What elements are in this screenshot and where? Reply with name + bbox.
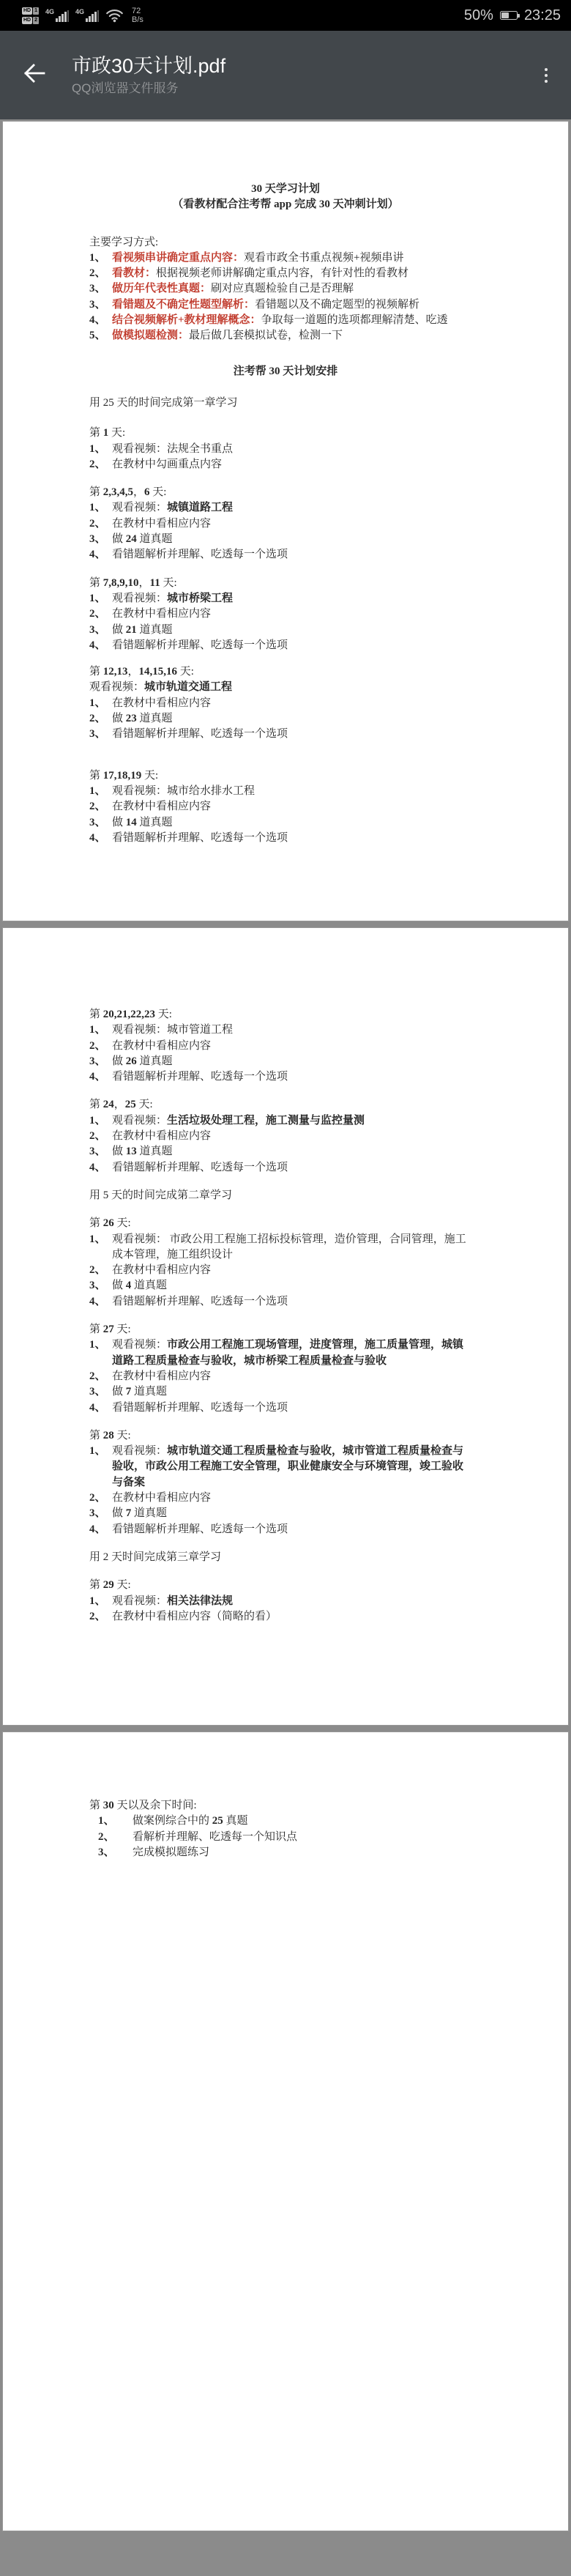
text-segment: ，: [128, 666, 139, 678]
text-segment: 看错题解析并理解、吃透每一个选项: [112, 549, 288, 560]
list-item: 2、在教材中看相应内容: [3, 799, 568, 814]
text-segment: 看解析并理解、吃透每一个知识点: [133, 1831, 297, 1843]
list-item: 1、观看视频： 市政公用工程施工招标投标管理，造价管理，合同管理，施工成本管理，…: [3, 1232, 568, 1263]
list-number: 2、: [89, 606, 112, 622]
text-segment: 道真题: [137, 817, 173, 828]
list-text: 做 26 道真题: [112, 1054, 473, 1069]
list-item: 4、看错题解析并理解、吃透每一个选项: [3, 547, 568, 563]
text-segment: 26: [103, 1217, 114, 1229]
spacer: [3, 1310, 568, 1322]
list-item: 1、观看视频：城市轨道交通工程质量检查与验收，城市管道工程质量检查与验收，市政公…: [3, 1444, 568, 1491]
text-segment: 天:: [114, 1217, 131, 1229]
text-segment: 天:: [141, 770, 158, 782]
list-number: 1、: [89, 442, 112, 457]
list-item: 2、在教材中勾画重点内容: [3, 457, 568, 472]
list-number: 4、: [89, 313, 112, 328]
text-segment: 做案例综合中的: [133, 1815, 212, 1827]
text-segment: 第: [89, 1324, 103, 1335]
text-segment: 最后做几套模拟试卷，检测一下: [189, 330, 343, 341]
list-text: 在教材中看相应内容: [112, 1491, 473, 1506]
doc-text-line: 第 27 天:: [3, 1322, 568, 1337]
text-segment: 看错题解析并理解、吃透每一个选项: [112, 1402, 288, 1414]
list-text: 观看视频：生活垃圾处理工程，施工测量与监控量测: [112, 1113, 473, 1129]
text-segment: 第: [89, 577, 103, 589]
text-segment: 第: [89, 666, 103, 678]
list-item: 3、做 4 道真题: [3, 1278, 568, 1293]
text-segment: 26: [126, 1055, 137, 1067]
list-text: 观看视频：城市桥梁工程: [112, 591, 473, 606]
text-segment: 做: [112, 1507, 126, 1519]
text-segment: 12,13: [103, 666, 128, 678]
text-segment: 28: [103, 1430, 114, 1441]
hd-badge-label: HD: [22, 7, 32, 15]
list-text: 看错题解析并理解、吃透每一个选项: [112, 1522, 473, 1537]
list-text: 在教材中看相应内容: [112, 1039, 473, 1054]
list-item: 1、观看视频：城市给水排水工程: [3, 784, 568, 799]
hd2-icon: HD 2: [22, 17, 39, 24]
signal-bars-icon: [86, 10, 99, 22]
list-number: 1、: [89, 1444, 112, 1491]
list-number: 2、: [89, 1129, 112, 1144]
list-text: 做 24 道真题: [112, 532, 473, 547]
text-segment: 做: [112, 1280, 126, 1291]
text-segment: 做: [112, 817, 126, 828]
text-segment: 天:: [108, 427, 125, 439]
header-titles: 市政30天计划.pdf QQ浏览器文件服务: [72, 54, 225, 97]
network-type-label: 4G: [75, 8, 84, 15]
list-number: 3、: [89, 297, 112, 313]
text-segment: 城市桥梁工程: [167, 593, 233, 604]
spacer: [3, 344, 568, 364]
text-segment: 在教材中看相应内容: [112, 608, 211, 620]
spacer: [3, 563, 568, 576]
pdf-pages[interactable]: 30 天学习计划（看教材配合注考帮 app 完成 30 天冲刺计划）主要学习方式…: [0, 119, 571, 2531]
list-number: 2、: [89, 516, 112, 532]
network-speed-indicator: 72 B/s: [132, 7, 143, 24]
text-segment: ，: [114, 1099, 125, 1110]
sim2-number: 2: [33, 17, 39, 24]
list-number: 1、: [89, 1113, 112, 1129]
list-number: 3、: [89, 1278, 112, 1293]
list-text: 在教材中看相应内容: [112, 516, 473, 532]
text-segment: 24: [103, 1099, 114, 1110]
list-item: 4、结合视频解析+教材理解概念：争取每一道题的选项都理解清楚、吃透: [3, 313, 568, 328]
list-text: 在教材中看相应内容: [112, 1263, 473, 1278]
text-segment: 观看视频：: [112, 1595, 167, 1607]
list-text: 完成模拟题练习: [133, 1845, 473, 1860]
text-segment: 观看视频：: [112, 1339, 167, 1351]
text-segment: 做: [112, 1055, 126, 1067]
list-item: 3、看错题及不确定性题型解析：看错题以及不确定题型的视频解析: [3, 297, 568, 313]
text-segment: 看教材：: [112, 267, 156, 279]
list-item: 4、看错题解析并理解、吃透每一个选项: [3, 1400, 568, 1416]
text-segment: 第: [89, 486, 103, 498]
list-number: 4、: [89, 831, 112, 846]
list-text: 看错题解析并理解、吃透每一个选项: [112, 1400, 473, 1416]
hd-badge-label: HD: [22, 17, 32, 24]
list-number: 2、: [89, 457, 112, 472]
text-segment: 30 天学习计划: [251, 183, 320, 195]
list-item: 1、看视频串讲确定重点内容：观看市政全书重点视频+视频串讲: [3, 250, 568, 266]
clock-label: 23:25: [524, 7, 561, 24]
list-text: 看错题解析并理解、吃透每一个选项: [112, 727, 473, 742]
text-segment: 道真题: [131, 1507, 167, 1519]
text-segment: 看视频串讲确定重点内容：: [112, 252, 244, 264]
list-text: 做模拟题检测：最后做几套模拟试卷，检测一下: [112, 328, 473, 344]
text-segment: 生活垃圾处理工程，施工测量与监控量测: [167, 1115, 365, 1126]
list-text: 做 4 道真题: [112, 1278, 473, 1293]
menu-dot-icon: [545, 74, 548, 77]
list-item: 3、做 13 道真题: [3, 1144, 568, 1159]
spacer: [3, 1085, 568, 1097]
list-text: 观看视频：相关法律法规: [112, 1594, 473, 1609]
doc-text-line: 第 2,3,4,5，6 天:: [3, 485, 568, 500]
text-segment: 在教材中看相应内容: [112, 697, 211, 709]
list-number: 2、: [89, 799, 112, 814]
text-segment: 在教材中看相应内容: [112, 1264, 211, 1276]
text-segment: 看错题解析并理解、吃透每一个选项: [112, 1296, 288, 1307]
list-item: 3、做 14 道真题: [3, 815, 568, 831]
list-number: 1、: [89, 784, 112, 799]
list-item: 3、做 24 道真题: [3, 532, 568, 547]
text-segment: 道真题: [137, 713, 173, 724]
list-item: 4、看错题解析并理解、吃透每一个选项: [3, 1522, 568, 1537]
list-number: 4、: [89, 1400, 112, 1416]
text-segment: 天:: [160, 577, 177, 589]
doc-text-line: 主要学习方式:: [3, 235, 568, 250]
pdf-page-3[interactable]: 第 30 天以及余下时间:1、做案例综合中的 25 真题2、看解析并理解、吃透每…: [2, 1731, 569, 2531]
list-text: 观看视频：城市给水排水工程: [112, 784, 473, 799]
text-segment: 6: [144, 486, 150, 498]
list-text: 做 13 道真题: [112, 1144, 473, 1159]
list-number: 1、: [89, 591, 112, 606]
text-segment: 观看视频：: [112, 1445, 167, 1457]
text-segment: 做: [112, 1146, 126, 1157]
doc-section-heading: 用 5 天的时间完成第二章学习: [3, 1188, 568, 1203]
list-item: 1、观看视频：城市桥梁工程: [3, 591, 568, 606]
list-text: 观看视频： 市政公用工程施工招标投标管理，造价管理，合同管理，施工成本管理，施工…: [112, 1232, 473, 1263]
list-item: 3、看错题解析并理解、吃透每一个选项: [3, 727, 568, 742]
spacer: [3, 1203, 568, 1216]
list-item: 1、在教材中看相应内容: [3, 696, 568, 711]
list-item: 2、在教材中看相应内容: [3, 1129, 568, 1144]
list-item: 2、在教材中看相应内容: [3, 516, 568, 532]
text-segment: 17,18,19: [103, 770, 142, 782]
list-item: 2、在教材中看相应内容: [3, 1369, 568, 1384]
list-item: 2、在教材中看相应内容: [3, 1491, 568, 1506]
list-item: 1、做案例综合中的 25 真题: [3, 1814, 568, 1829]
text-segment: 11: [150, 577, 160, 589]
text-segment: 23: [126, 713, 137, 724]
back-button[interactable]: [22, 64, 47, 86]
list-text: 看视频串讲确定重点内容：观看市政全书重点视频+视频串讲: [112, 250, 473, 266]
wifi-icon: [105, 8, 124, 23]
doc-centered-heading: 注考帮 30 天计划安排: [3, 364, 568, 379]
pdf-page-1[interactable]: 30 天学习计划（看教材配合注考帮 app 完成 30 天冲刺计划）主要学习方式…: [2, 121, 569, 921]
text-segment: 第: [89, 1430, 103, 1441]
spacer: [3, 1416, 568, 1428]
list-number: 1、: [89, 1594, 112, 1609]
text-segment: 13: [126, 1146, 137, 1157]
list-number: 4、: [89, 1160, 112, 1176]
text-segment: 14: [126, 817, 137, 828]
doc-text-line: 第 29 天:: [3, 1578, 568, 1593]
overflow-menu-button[interactable]: [540, 64, 552, 87]
list-item: 3、做 21 道真题: [3, 623, 568, 638]
text-segment: 在教材中勾画重点内容: [112, 459, 222, 470]
text-segment: 第: [89, 1217, 103, 1229]
list-number: 2、: [98, 1830, 133, 1845]
list-item: 5、做模拟题检测：最后做几套模拟试卷，检测一下: [3, 328, 568, 344]
text-segment: （看教材配合注考帮 app 完成 30 天冲刺计划）: [172, 198, 398, 210]
text-segment: 第: [89, 1579, 103, 1591]
signal-strength-icon-sim2: 4G: [75, 8, 99, 23]
doc-section-heading: 用 25 天的时间完成第一章学习: [3, 396, 568, 411]
spacer: [3, 1537, 568, 1550]
list-text: 在教材中看相应内容: [112, 1129, 473, 1144]
list-text: 做 7 道真题: [112, 1384, 473, 1400]
list-text: 做 14 道真题: [112, 815, 473, 831]
list-number: 2、: [89, 1491, 112, 1506]
list-item: 2、在教材中看相应内容: [3, 1039, 568, 1054]
text-segment: 观看视频：: [112, 502, 167, 513]
list-text: 做案例综合中的 25 真题: [133, 1814, 473, 1829]
list-number: 2、: [89, 1369, 112, 1384]
list-item: 1、观看视频：生活垃圾处理工程，施工测量与监控量测: [3, 1113, 568, 1129]
text-segment: ，: [133, 486, 144, 498]
text-segment: 做: [112, 1386, 126, 1398]
list-text: 看错题解析并理解、吃透每一个选项: [112, 1160, 473, 1176]
text-segment: 天:: [114, 1430, 131, 1441]
list-item: 3、完成模拟题练习: [3, 1845, 568, 1860]
list-number: 2、: [89, 266, 112, 281]
spacer: [3, 379, 568, 396]
text-segment: 城市轨道交通工程: [144, 681, 232, 693]
list-number: 3、: [89, 623, 112, 638]
text-segment: 天:: [136, 1099, 153, 1110]
status-right-cluster: 50% 23:25: [464, 7, 561, 24]
text-segment: 用 25 天的时间完成第一章学习: [89, 397, 238, 409]
text-segment: 做模拟题检测：: [112, 330, 189, 341]
doc-text-line: 第 17,18,19 天:: [3, 768, 568, 784]
text-segment: 24: [126, 533, 137, 545]
list-text: 观看视频：城镇道路工程: [112, 500, 473, 516]
list-text: 观看视频：城市轨道交通工程质量检查与验收，城市管道工程质量检查与验收，市政公用工…: [112, 1444, 473, 1491]
text-segment: ，: [139, 577, 150, 589]
text-segment: 做: [112, 624, 126, 636]
status-bar: HD 1 HD 2 4G 4G 72 B/s: [0, 0, 571, 31]
text-segment: 争取每一道题的选项都理解清楚、吃透: [261, 314, 448, 326]
text-segment: 看错题解析并理解、吃透每一个选项: [112, 1523, 288, 1535]
text-segment: 30: [103, 1800, 114, 1811]
list-item: 2、在教材中看相应内容: [3, 1263, 568, 1278]
text-segment: 在教材中看相应内容: [112, 801, 211, 812]
doc-text-line: 第 30 天以及余下时间:: [3, 1798, 568, 1814]
text-segment: 观看市政全书重点视频+视频串讲: [244, 252, 403, 264]
list-number: 1、: [89, 250, 112, 266]
text-segment: 注考帮 30 天计划安排: [234, 365, 338, 377]
list-item: 1、观看视频：法规全书重点: [3, 442, 568, 457]
text-segment: 完成模拟题练习: [133, 1846, 209, 1858]
doc-centered-heading: 30 天学习计划: [3, 182, 568, 197]
text-segment: 看错题以及不确定题型的视频解析: [255, 299, 419, 311]
status-left-cluster: HD 1 HD 2 4G 4G 72 B/s: [22, 7, 143, 24]
text-segment: 观看视频：: [112, 593, 167, 604]
text-segment: 在教材中看相应内容（简略的看）: [112, 1611, 277, 1622]
text-segment: 天:: [155, 1009, 172, 1020]
text-segment: 城镇道路工程: [167, 502, 233, 513]
list-text: 在教材中看相应内容: [112, 1369, 473, 1384]
text-segment: 结合视频解析+教材理解概念：: [112, 314, 261, 326]
text-segment: 第: [89, 427, 103, 439]
text-segment: 用 5 天的时间完成第二章学习: [89, 1189, 232, 1201]
menu-dot-icon: [545, 80, 548, 83]
file-source-subtitle: QQ浏览器文件服务: [72, 81, 225, 97]
spacer: [3, 213, 568, 235]
speed-value: 72: [132, 7, 143, 15]
list-number: 4、: [89, 638, 112, 653]
list-text: 观看视频：城市管道工程: [112, 1022, 473, 1038]
text-segment: 做: [112, 533, 126, 545]
signal-bars-icon: [56, 10, 69, 22]
text-segment: 道真题: [137, 624, 173, 636]
text-segment: 相关法律法规: [167, 1595, 233, 1607]
list-number: 2、: [89, 1609, 112, 1625]
list-item: 4、看错题解析并理解、吃透每一个选项: [3, 638, 568, 653]
text-segment: 看错题解析并理解、吃透每一个选项: [112, 1162, 288, 1173]
list-item: 4、看错题解析并理解、吃透每一个选项: [3, 831, 568, 846]
text-segment: 天以及余下时间:: [114, 1800, 197, 1811]
list-number: 3、: [89, 1054, 112, 1069]
list-text: 观看视频：市政公用工程施工现场管理，进度管理，施工质量管理，城镇道路工程质量检查…: [112, 1337, 473, 1369]
text-segment: 在教材中看相应内容: [112, 1040, 211, 1052]
list-number: 1、: [89, 1022, 112, 1038]
battery-percent-label: 50%: [464, 7, 493, 24]
list-item: 3、做 26 道真题: [3, 1054, 568, 1069]
speed-unit: B/s: [132, 15, 143, 24]
list-number: 4、: [89, 1522, 112, 1537]
app-header: 市政30天计划.pdf QQ浏览器文件服务: [0, 31, 571, 119]
list-item: 1、观看视频：城市管道工程: [3, 1022, 568, 1038]
list-text: 看教材：根据视频老师讲解确定重点内容，有针对性的看教材: [112, 266, 473, 281]
text-segment: 观看视频：: [89, 681, 144, 693]
spacer: [3, 1176, 568, 1188]
list-text: 结合视频解析+教材理解概念：争取每一道题的选项都理解清楚、吃透: [112, 313, 473, 328]
spacer: [3, 1565, 568, 1578]
list-item: 2、看解析并理解、吃透每一个知识点: [3, 1830, 568, 1845]
text-segment: 第: [89, 1009, 103, 1020]
text-segment: 刷对应真题检验自己是否理解: [211, 283, 354, 294]
list-text: 在教材中看相应内容: [112, 799, 473, 814]
file-title: 市政30天计划.pdf: [72, 54, 225, 78]
volte-hd-icons: HD 1 HD 2: [22, 7, 39, 24]
pdf-page-2[interactable]: 第 20,21,22,23 天:1、观看视频：城市管道工程2、在教材中看相应内容…: [2, 927, 569, 1726]
text-segment: 道真题: [137, 1146, 173, 1157]
text-segment: 看错题解析并理解、吃透每一个选项: [112, 728, 288, 740]
text-segment: 真题: [223, 1815, 248, 1827]
text-segment: 29: [103, 1579, 114, 1591]
text-segment: 14,15,16: [139, 666, 178, 678]
text-segment: 在教材中看相应内容: [112, 518, 211, 530]
text-segment: 观看视频： 市政公用工程施工招标投标管理，造价管理，合同管理，施工成本管理，施工…: [112, 1233, 466, 1261]
list-number: 1、: [89, 500, 112, 516]
list-text: 看错题解析并理解、吃透每一个选项: [112, 831, 473, 846]
list-text: 在教材中看相应内容（简略的看）: [112, 1609, 473, 1625]
list-number: 2、: [89, 1263, 112, 1278]
list-item: 2、看教材：根据视频老师讲解确定重点内容，有针对性的看教材: [3, 266, 568, 281]
battery-fill: [501, 12, 509, 18]
list-number: 4、: [89, 547, 112, 563]
doc-text-line: 第 1 天:: [3, 426, 568, 441]
list-number: 3、: [89, 815, 112, 831]
hd1-icon: HD 1: [22, 7, 39, 15]
text-segment: 天:: [114, 1324, 131, 1335]
text-segment: 在教材中看相应内容: [112, 1492, 211, 1504]
text-segment: 做: [112, 713, 126, 724]
text-segment: 7,8,9,10: [103, 577, 139, 589]
list-item: 2、做 23 道真题: [3, 711, 568, 727]
spacer: [3, 411, 568, 426]
list-number: 2、: [89, 1039, 112, 1054]
list-number: 5、: [89, 328, 112, 344]
list-text: 做 23 道真题: [112, 711, 473, 727]
list-item: 3、做 7 道真题: [3, 1506, 568, 1521]
text-segment: 看错题解析并理解、吃透每一个选项: [112, 639, 288, 651]
text-segment: 观看视频：城市管道工程: [112, 1024, 233, 1036]
text-segment: 道真题: [137, 533, 173, 545]
list-number: 3、: [89, 532, 112, 547]
list-item: 3、做历年代表性真题：刷对应真题检验自己是否理解: [3, 281, 568, 297]
list-number: 3、: [89, 1144, 112, 1159]
text-segment: 天:: [114, 1579, 131, 1591]
text-segment: 2,3,4,5: [103, 486, 133, 498]
text-segment: 25: [212, 1815, 223, 1827]
text-segment: 看错题解析并理解、吃透每一个选项: [112, 1071, 288, 1083]
list-text: 看解析并理解、吃透每一个知识点: [133, 1830, 473, 1845]
text-segment: 看错题及不确定性题型解析：: [112, 299, 255, 311]
back-arrow-icon: [23, 63, 46, 87]
list-text: 观看视频：法规全书重点: [112, 442, 473, 457]
spacer: [3, 472, 568, 485]
list-text: 做历年代表性真题：刷对应真题检验自己是否理解: [112, 281, 473, 297]
list-item: 2、在教材中看相应内容: [3, 606, 568, 622]
text-segment: 21: [126, 624, 137, 636]
list-text: 看错题解析并理解、吃透每一个选项: [112, 1069, 473, 1085]
doc-section-heading: 用 2 天时间完成第三章学习: [3, 1550, 568, 1565]
list-item: 4、看错题解析并理解、吃透每一个选项: [3, 1160, 568, 1176]
text-segment: 观看视频：: [112, 1115, 167, 1126]
list-item: 2、在教材中看相应内容（简略的看）: [3, 1609, 568, 1625]
text-segment: 27: [103, 1324, 114, 1335]
doc-text-line: 第 20,21,22,23 天:: [3, 1007, 568, 1022]
text-segment: 用 2 天时间完成第三章学习: [89, 1551, 221, 1563]
doc-text-line: 第 7,8,9,10，11 天:: [3, 576, 568, 591]
list-number: 3、: [98, 1845, 133, 1860]
list-number: 1、: [89, 1337, 112, 1369]
text-segment: 看错题解析并理解、吃透每一个选项: [112, 832, 288, 844]
text-segment: 主要学习方式:: [89, 237, 158, 248]
battery-icon: [500, 11, 518, 20]
list-text: 看错题解析并理解、吃透每一个选项: [112, 638, 473, 653]
text-segment: 第: [89, 1800, 103, 1811]
doc-text-line: 第 26 天:: [3, 1216, 568, 1231]
doc-text-line: 第 28 天:: [3, 1428, 568, 1444]
text-segment: 根据视频老师讲解确定重点内容，有针对性的看教材: [156, 267, 408, 279]
list-item: 4、看错题解析并理解、吃透每一个选项: [3, 1069, 568, 1085]
text-segment: 道真题: [131, 1280, 167, 1291]
list-number: 1、: [89, 1232, 112, 1263]
list-number: 4、: [89, 1294, 112, 1310]
